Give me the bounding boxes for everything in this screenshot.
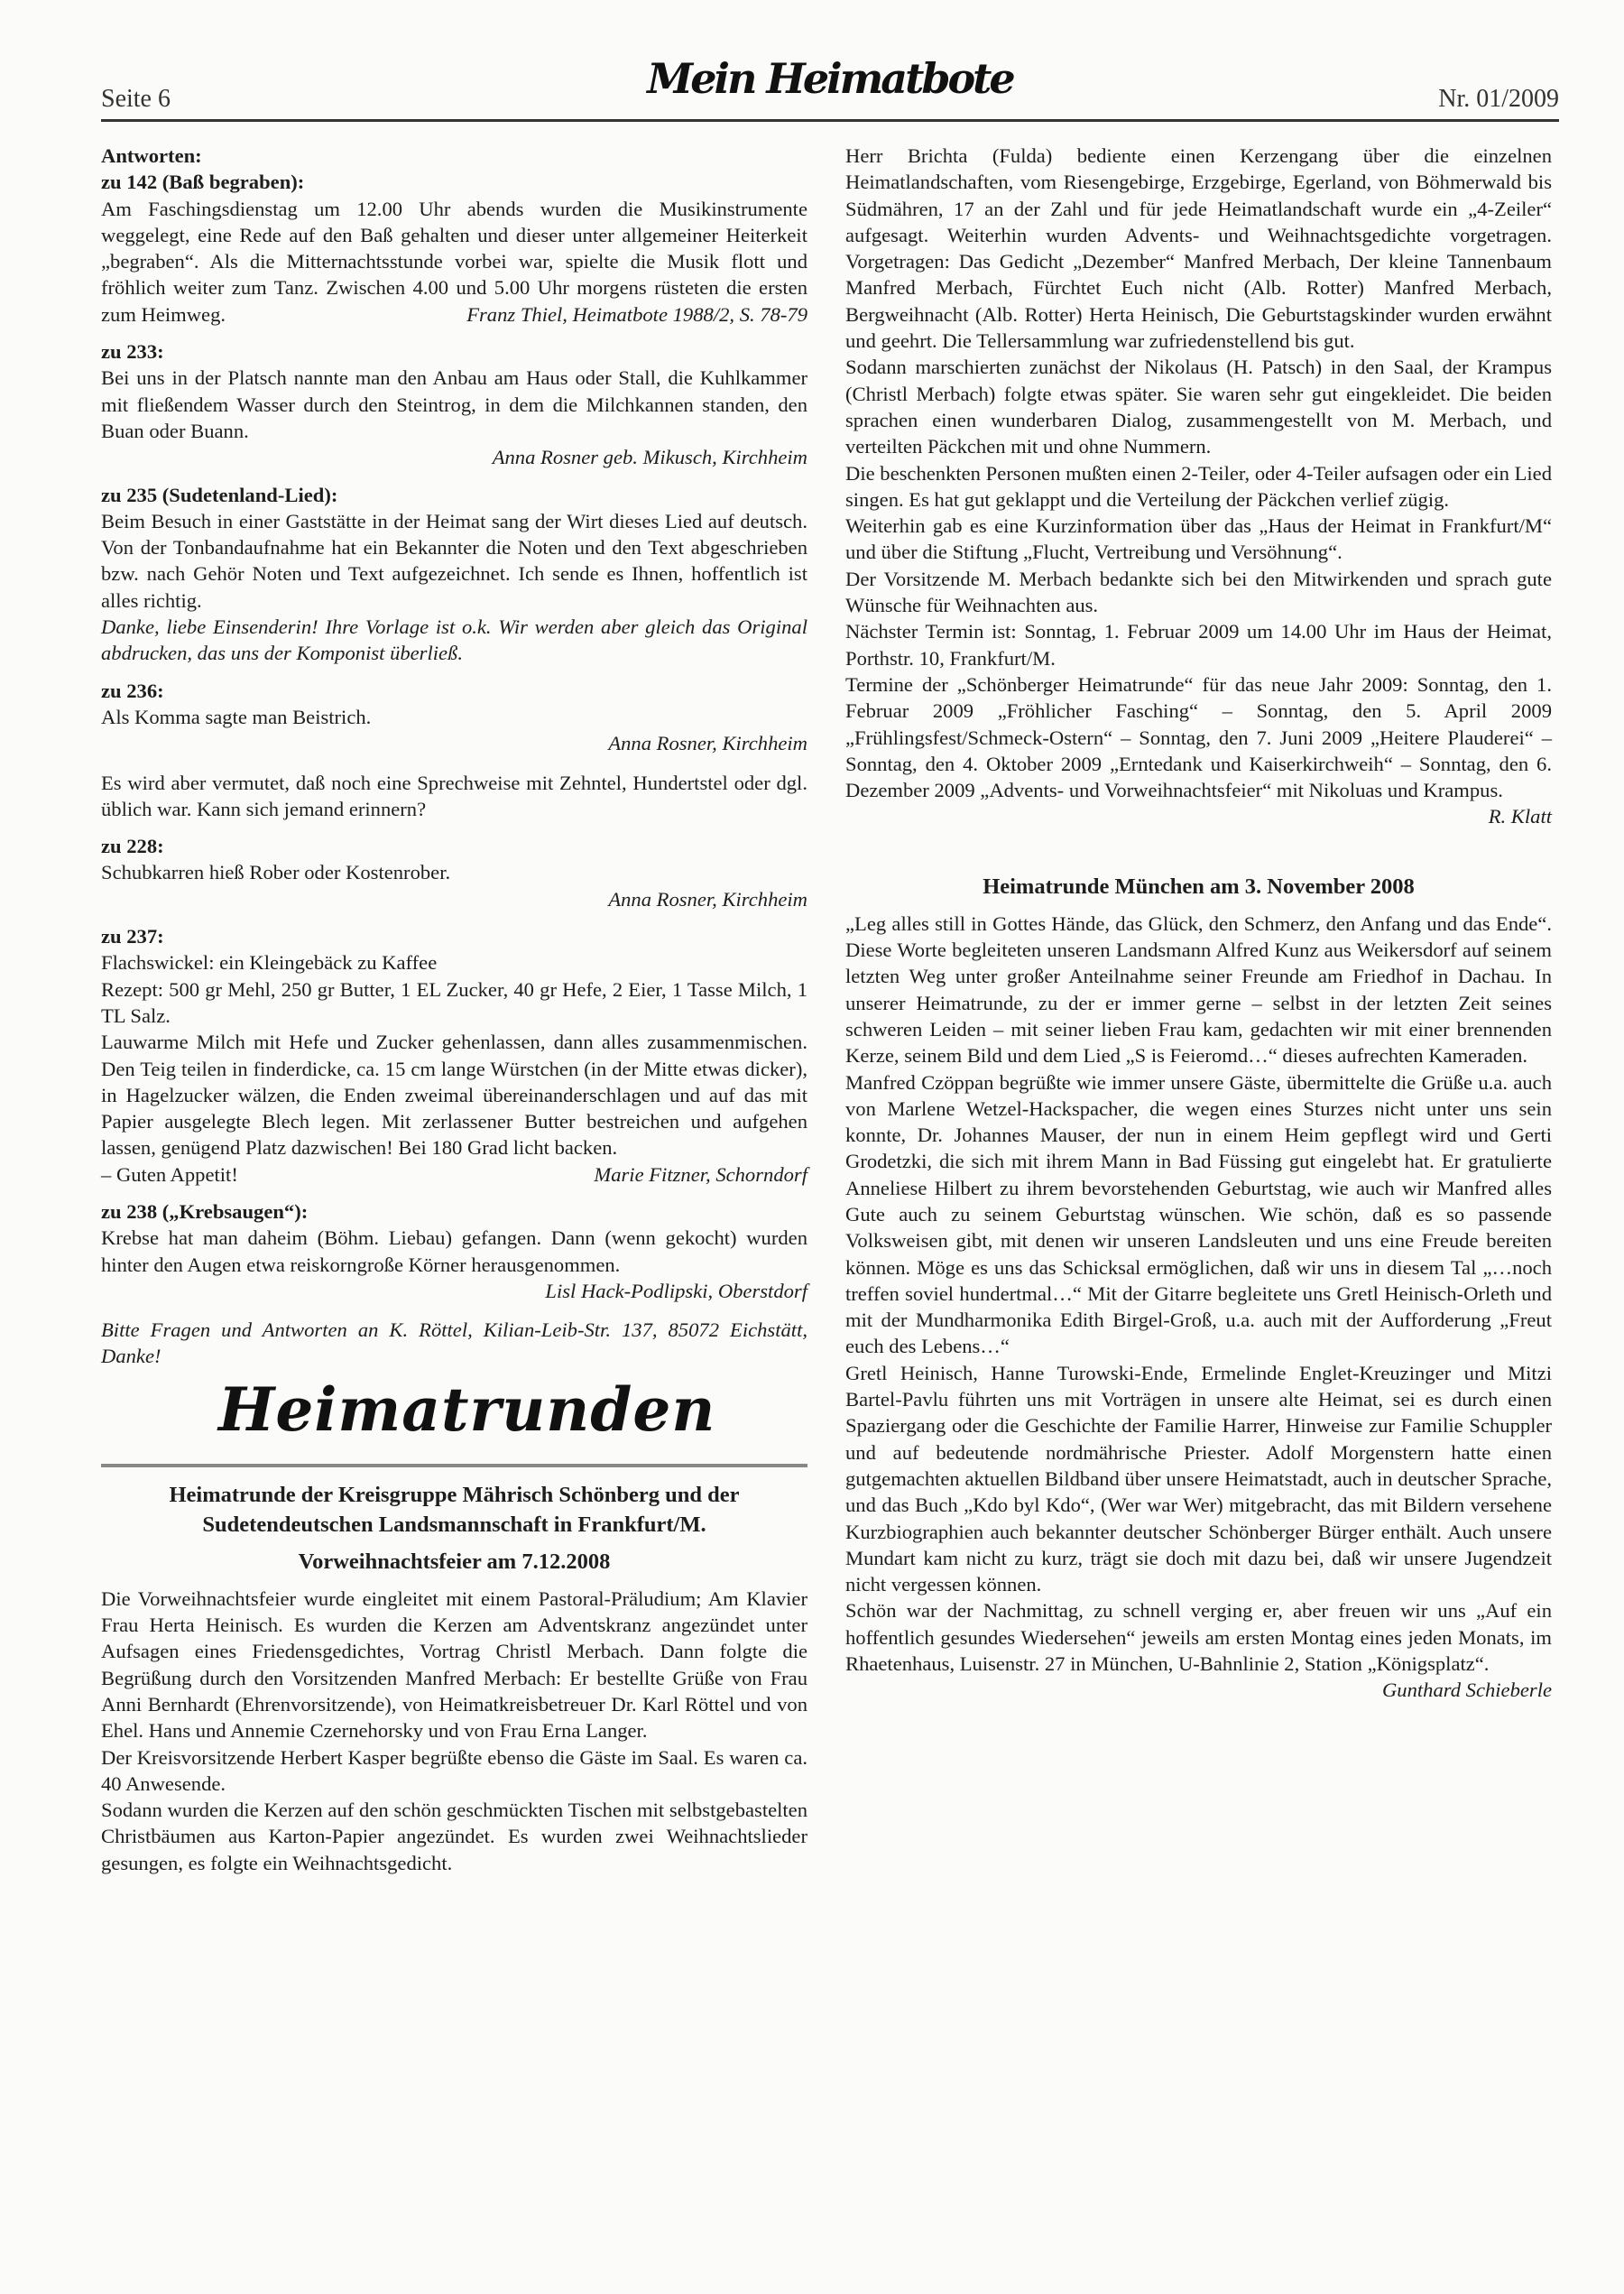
page-header: Seite 6 Mein Heimatbote Nr. 01/2009 (101, 54, 1559, 125)
q233-title: zu 233: (101, 338, 807, 365)
masthead-logo: Mein Heimatbote (647, 54, 1012, 103)
article1-cont-paragraph: Herr Brichta (Fulda) bediente einen Kerz… (845, 143, 1552, 354)
q236-signature: Anna Rosner, Kirchheim (101, 730, 807, 756)
section-banner-rule (101, 1464, 807, 1467)
article1-cont-paragraph: Die beschenkten Personen mußten einen 2-… (845, 460, 1552, 513)
section-banner-title: Heimatrunden (218, 1397, 715, 1423)
answers-heading: Antworten: (101, 143, 807, 169)
q228-body: Schubkarren hieß Rober oder Kostenrober. (101, 859, 807, 885)
q142-signature: Franz Thiel, Heimatbote 1988/2, S. 78-79 (466, 301, 807, 328)
section-banner: Heimatrunden (101, 1402, 807, 1467)
q237-recipe: Rezept: 500 gr Mehl, 250 gr Butter, 1 EL… (101, 976, 807, 1030)
article1-subhead: Vorweihnachtsfeier am 7.12.2008 (101, 1547, 807, 1577)
q235-title: zu 235 (Sudetenland-Lied): (101, 482, 807, 508)
q236-body: Als Komma sagte man Beistrich. (101, 704, 807, 730)
article1-cont-paragraph: Termine der „Schönberger Heimatrunde“ fü… (845, 671, 1552, 830)
q142-title: zu 142 (Baß begraben): (101, 169, 807, 195)
q228-signature: Anna Rosner, Kirchheim (101, 886, 807, 912)
q237-line1: Flachswickel: ein Kleingebäck zu Kaffee (101, 949, 807, 976)
article1-cont-paragraph: Weiterhin gab es eine Kurzinformation üb… (845, 513, 1552, 566)
q228-title: zu 228: (101, 833, 807, 859)
article2-paragraph: „Leg alles still in Gottes Hände, das Gl… (845, 911, 1552, 1069)
q236-title: zu 236: (101, 678, 807, 704)
q233-body: Bei uns in der Platsch nannte man den An… (101, 365, 807, 444)
header-rule (101, 119, 1559, 122)
q237-closing: – Guten Appetit!Marie Fitzner, Schorndor… (101, 1161, 807, 1188)
q142-body: Am Faschingsdienstag um 12.00 Uhr abends… (101, 196, 807, 328)
left-column: Antworten: zu 142 (Baß begraben): Am Fas… (101, 143, 807, 1876)
article1-cont-paragraph: Sodann marschierten zunächst der Nikolau… (845, 354, 1552, 459)
q235-editor-note: Danke, liebe Einsenderin! Ihre Vorlage i… (101, 614, 807, 667)
issue-number: Nr. 01/2009 (1438, 85, 1559, 114)
q233-signature: Anna Rosner geb. Mikusch, Kirchheim (101, 444, 807, 470)
right-column: Herr Brichta (Fulda) bediente einen Kerz… (845, 143, 1552, 1704)
article2-headline: Heimatrunde München am 3. November 2008 (845, 872, 1552, 902)
article2-paragraph: Manfred Czöppan begrüßte wie immer unser… (845, 1069, 1552, 1360)
article1-paragraph: Die Vorweihnachtsfeier wurde eingleitet … (101, 1586, 807, 1744)
article1-signature: R. Klatt (1489, 803, 1552, 829)
article2-paragraph: Gretl Heinisch, Hanne Turowski-Ende, Erm… (845, 1360, 1552, 1598)
page-number: Seite 6 (101, 85, 171, 114)
article1-cont-paragraph: Nächster Termin ist: Sonntag, 1. Februar… (845, 618, 1552, 671)
q238-title: zu 238 („Krebsaugen“): (101, 1198, 807, 1225)
q237-body: Lauwarme Milch mit Hefe und Zucker gehen… (101, 1029, 807, 1161)
contact-note: Bitte Fragen und Antworten an K. Röttel,… (101, 1317, 807, 1370)
article1-cont-paragraph: Der Vorsitzende M. Merbach bedankte sich… (845, 566, 1552, 619)
q238-body: Krebse hat man daheim (Böhm. Liebau) gef… (101, 1225, 807, 1304)
q237-title: zu 237: (101, 923, 807, 949)
q236-followup: Es wird aber vermutet, daß noch eine Spr… (101, 770, 807, 823)
article2-paragraph: Schön war der Nachmittag, zu schnell ver… (845, 1597, 1552, 1677)
article1-headline: Heimatrunde der Kreisgruppe Mährisch Sch… (101, 1480, 807, 1540)
article1-paragraph: Der Kreisvorsitzende Herbert Kasper begr… (101, 1744, 807, 1798)
q238-signature: Lisl Hack-Podlipski, Oberstdorf (545, 1278, 807, 1304)
q237-signature: Marie Fitzner, Schorndorf (594, 1161, 807, 1188)
q235-body: Beim Besuch in einer Gaststätte in der H… (101, 508, 807, 614)
article1-paragraph: Sodann wurden die Kerzen auf den schön g… (101, 1797, 807, 1876)
article2-signature: Gunthard Schieberle (845, 1677, 1552, 1703)
